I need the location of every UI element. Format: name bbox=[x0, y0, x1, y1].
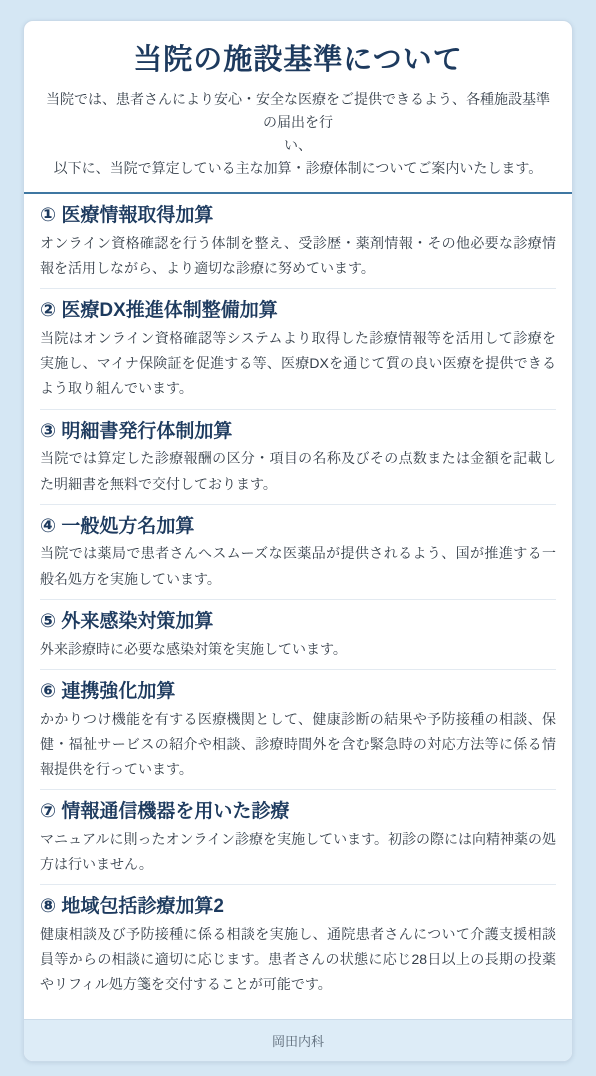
facility-standards-card: 当院の施設基準について 当院では、患者さんにより安心・安全な医療をご提供できるよ… bbox=[23, 20, 573, 1062]
section-body: オンライン資格確認を行う体制を整え、受診歴・薬剤情報・その他必要な診療情報を活用… bbox=[40, 231, 556, 281]
section-body: 当院はオンライン資格確認等システムより取得した診療情報等を活用して診療を実施し、… bbox=[40, 326, 556, 402]
section-cooperation-strengthening: ⑥ 連携強化加算 かかりつけ機能を有する医療機関として、健康診断の結果や予防接種… bbox=[40, 670, 556, 790]
section-medical-dx: ② 医療DX推進体制整備加算 当院はオンライン資格確認等システムより取得した診療… bbox=[40, 289, 556, 409]
section-itemized-statement: ③ 明細書発行体制加算 当院では算定した診療報酬の区分・項目の名称及びその点数ま… bbox=[40, 410, 556, 505]
section-heading: ④ 一般処方名加算 bbox=[40, 515, 556, 539]
sections-list: ① 医療情報取得加算 オンライン資格確認を行う体制を整え、受診歴・薬剤情報・その… bbox=[24, 194, 572, 1018]
page-intro: 当院では、患者さんにより安心・安全な医療をご提供できるよう、各種施設基準の届出を… bbox=[40, 88, 556, 180]
section-heading: ⑦ 情報通信機器を用いた診療 bbox=[40, 800, 556, 824]
section-heading: ② 医療DX推進体制整備加算 bbox=[40, 299, 556, 323]
page-title: 当院の施設基準について bbox=[40, 43, 556, 78]
section-heading: ⑧ 地域包括診療加算2 bbox=[40, 895, 556, 919]
section-generic-prescription: ④ 一般処方名加算 当院では薬局で患者さんへスムーズな医薬品が提供されるよう、国… bbox=[40, 505, 556, 600]
section-body: 健康相談及び予防接種に係る相談を実施し、通院患者さんについて介護支援相談員等から… bbox=[40, 922, 556, 998]
section-body: 当院では算定した診療報酬の区分・項目の名称及びその点数または金額を記載した明細書… bbox=[40, 446, 556, 496]
clinic-name: 岡田内科 bbox=[272, 1034, 324, 1049]
section-body: 外来診療時に必要な感染対策を実施しています。 bbox=[40, 637, 556, 662]
section-outpatient-infection-control: ⑤ 外来感染対策加算 外来診療時に必要な感染対策を実施しています。 bbox=[40, 600, 556, 670]
section-body: かかりつけ機能を有する医療機関として、健康診断の結果や予防接種の相談、保健・福祉… bbox=[40, 707, 556, 783]
section-body: マニュアルに則ったオンライン診療を実施しています。初診の際には向精神薬の処方は行… bbox=[40, 827, 556, 877]
section-heading: ① 医療情報取得加算 bbox=[40, 204, 556, 228]
section-heading: ⑤ 外来感染対策加算 bbox=[40, 610, 556, 634]
section-medical-info-acquisition: ① 医療情報取得加算 オンライン資格確認を行う体制を整え、受診歴・薬剤情報・その… bbox=[40, 194, 556, 289]
card-header: 当院の施設基準について 当院では、患者さんにより安心・安全な医療をご提供できるよ… bbox=[24, 21, 572, 194]
section-telemedicine: ⑦ 情報通信機器を用いた診療 マニュアルに則ったオンライン診療を実施しています。… bbox=[40, 790, 556, 885]
section-community-comprehensive-care: ⑧ 地域包括診療加算2 健康相談及び予防接種に係る相談を実施し、通院患者さんにつ… bbox=[40, 885, 556, 1004]
section-heading: ③ 明細書発行体制加算 bbox=[40, 420, 556, 444]
card-footer: 岡田内科 bbox=[24, 1019, 572, 1061]
section-heading: ⑥ 連携強化加算 bbox=[40, 680, 556, 704]
section-body: 当院では薬局で患者さんへスムーズな医薬品が提供されるよう、国が推進する一般名処方… bbox=[40, 541, 556, 591]
